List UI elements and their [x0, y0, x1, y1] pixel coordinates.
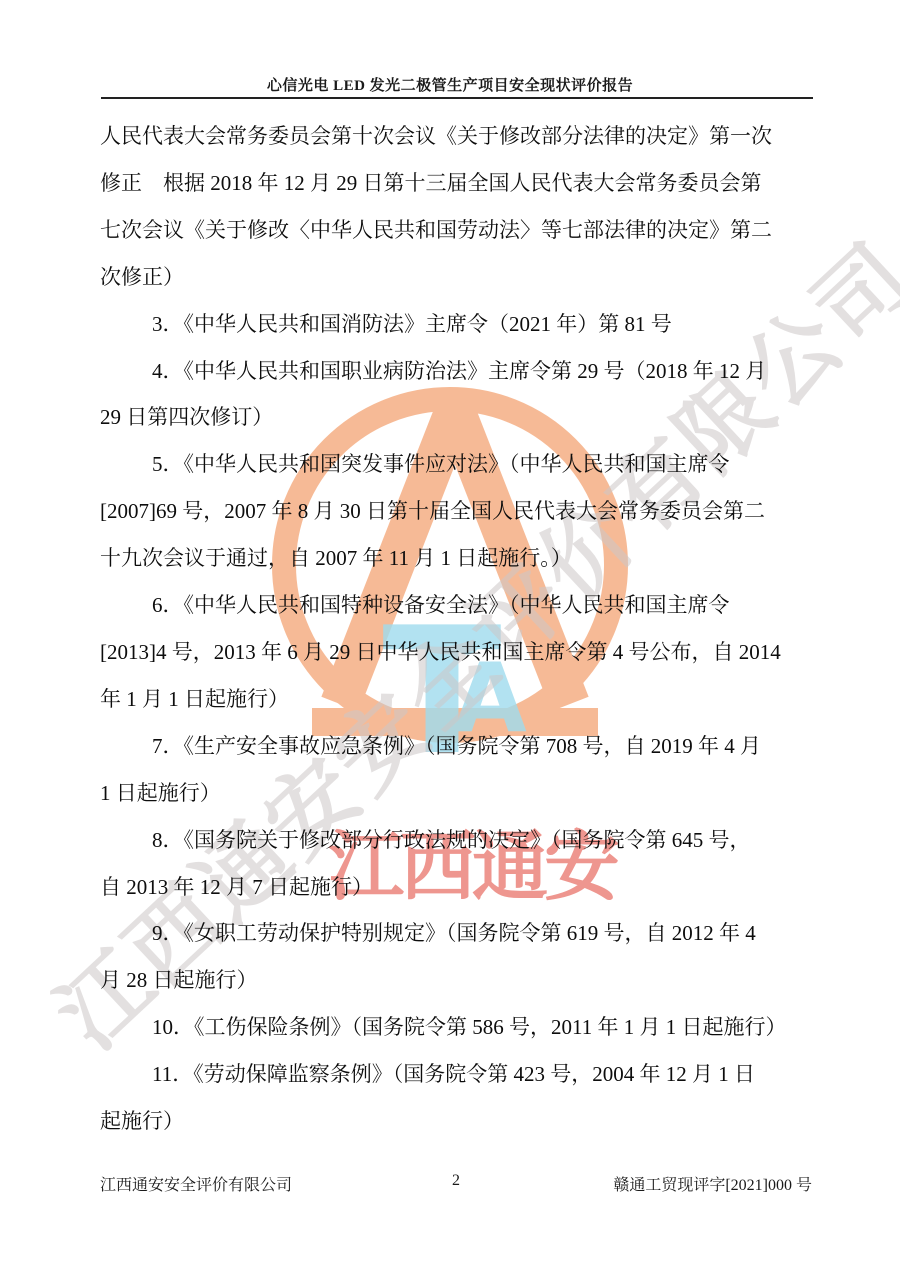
body-line: 自 2013 年 12 月 7 日起施行）: [100, 864, 806, 911]
body-line: 七次会议《关于修改〈中华人民共和国劳动法〉等七部法律的决定》第二: [100, 207, 806, 254]
body-line: 8．《国务院关于修改部分行政法规的决定》（国务院令第 645 号，: [100, 817, 806, 864]
body-line: [2007]69 号，2007 年 8 月 30 日第十届全国人民代表大会常务委…: [100, 488, 806, 535]
page-footer: 2 江西通安安全评价有限公司 赣通工贸现评字[2021]000 号: [100, 1172, 812, 1195]
body-line: 7．《生产安全事故应急条例》（国务院令第 708 号，自 2019 年 4 月: [100, 723, 806, 770]
body-line: 1 日起施行）: [100, 770, 806, 817]
body-line: 3．《中华人民共和国消防法》主席令（2021 年）第 81 号: [100, 301, 806, 348]
footer-company-name: 江西通安安全评价有限公司: [100, 1172, 292, 1195]
body-line: 4．《中华人民共和国职业病防治法》主席令第 29 号（2018 年 12 月: [100, 348, 806, 395]
body-line: 5．《中华人民共和国突发事件应对法》（中华人民共和国主席令: [100, 441, 806, 488]
body-line: 6．《中华人民共和国特种设备安全法》（中华人民共和国主席令: [100, 582, 806, 629]
body-line: 十九次会议于通过，自 2007 年 11 月 1 日起施行。）: [100, 535, 806, 582]
body-line: 人民代表大会常务委员会第十次会议《关于修改部分法律的决定》第一次: [100, 113, 806, 160]
body-line: 起施行）: [100, 1098, 806, 1145]
body-line: 修正 根据 2018 年 12 月 29 日第十三届全国人民代表大会常务委员会第: [100, 160, 806, 207]
body-line: 月 28 日起施行）: [100, 957, 806, 1004]
body-line: 9．《女职工劳动保护特别规定》（国务院令第 619 号，自 2012 年 4: [100, 910, 806, 957]
document-page: T A 江西通安安全评价有限公司 江西通安 心信光电 LED 发光二极管生产项目…: [0, 0, 900, 1272]
body-line: [2013]4 号，2013 年 6 月 29 日中华人民共和国主席令第 4 号…: [100, 629, 806, 676]
report-header-title: 心信光电 LED 发光二极管生产项目安全现状评价报告: [0, 74, 900, 95]
footer-document-number: 赣通工贸现评字[2021]000 号: [613, 1172, 812, 1195]
page-content: 心信光电 LED 发光二极管生产项目安全现状评价报告 人民代表大会常务委员会第十…: [0, 0, 900, 1272]
body-line: 10．《工伤保险条例》（国务院令第 586 号，2011 年 1 月 1 日起施…: [100, 1004, 806, 1051]
body-line: 次修正）: [100, 254, 806, 301]
body-line: 11．《劳动保障监察条例》（国务院令第 423 号，2004 年 12 月 1 …: [100, 1051, 806, 1098]
body-line: 29 日第四次修订）: [100, 394, 806, 441]
body-text: 人民代表大会常务委员会第十次会议《关于修改部分法律的决定》第一次修正 根据 20…: [100, 113, 806, 1145]
header-divider: [101, 97, 813, 99]
body-line: 年 1 月 1 日起施行）: [100, 676, 806, 723]
